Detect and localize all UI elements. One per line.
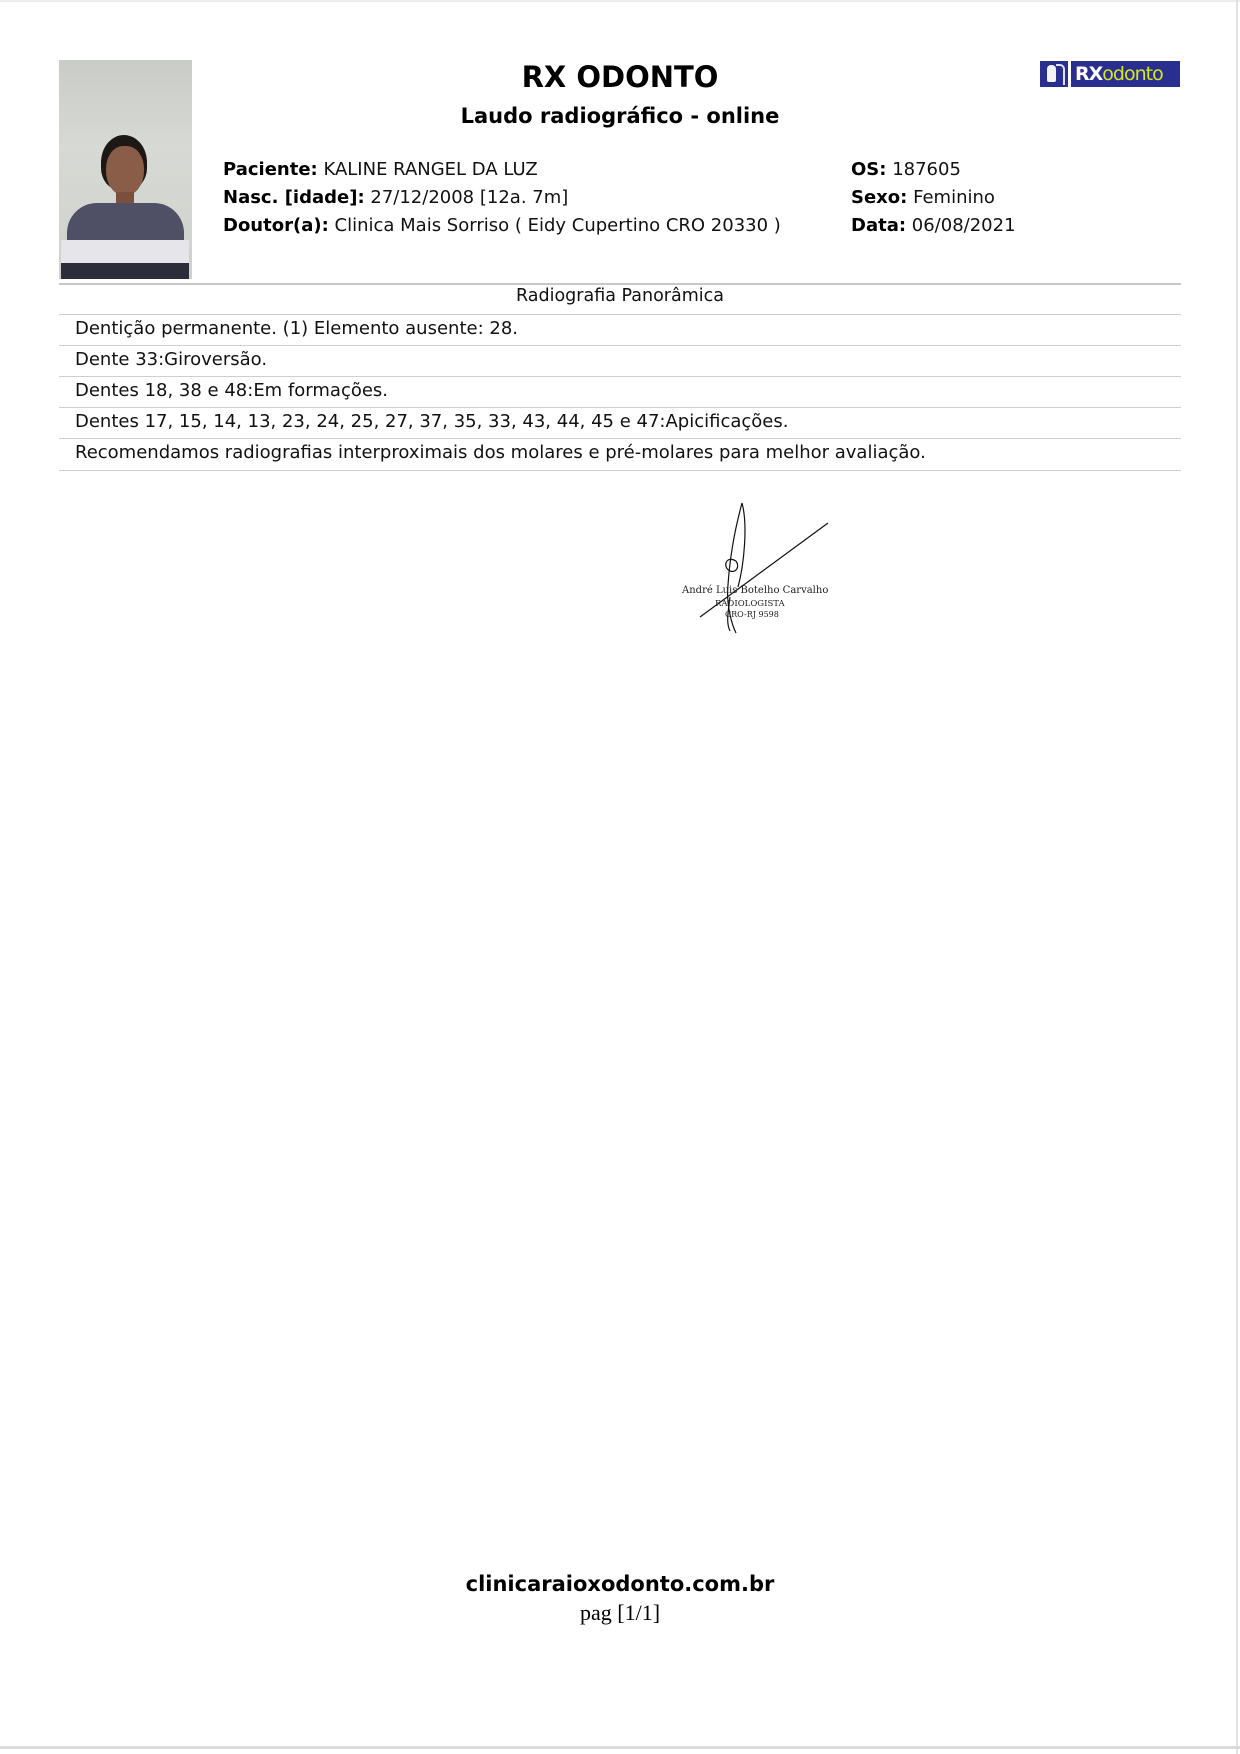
radiologist-signature: André Luis Botelho Carvalho RADIOLOGISTA… [670,495,840,635]
signature-registration: CRO-RJ 9598 [725,610,779,619]
finding-item: Dentes 17, 15, 14, 13, 23, 24, 25, 27, 3… [75,411,788,432]
finding-item: Dentição permanente. (1) Elemento ausent… [75,318,518,339]
patient-name: KALINE RANGEL DA LUZ [323,159,537,180]
divider [59,407,1181,408]
exam-type-heading: Radiografia Panorâmica [59,286,1181,306]
os-number: 187605 [892,159,961,180]
rx-odonto-logo: RXodonto [1040,61,1180,87]
page-number: pag [1/1] [0,1600,1240,1626]
page-edge-top [0,0,1240,2]
photo-face [106,146,144,196]
photo-sweater [67,203,184,243]
footer-website: clinicaraioxodonto.com.br [0,1572,1240,1596]
page-edge-bottom [0,1746,1240,1749]
sex-label: Sexo: [851,187,907,208]
patient-birth-row: Nasc. [idade]: 27/12/2008 [12a. 7m] [223,184,781,212]
finding-item: Dentes 18, 38 e 48:Em formações. [75,380,388,401]
patient-birth-label: Nasc. [idade]: [223,187,365,208]
divider [59,314,1181,315]
finding-item: Recomendamos radiografias interproximais… [75,442,926,463]
logo-text-odonto: odonto [1102,63,1162,85]
doctor-label: Doutor(a): [223,215,329,236]
finding-item: Dente 33:Giroversão. [75,349,267,370]
divider [59,438,1181,439]
divider [59,283,1181,285]
logo-text-rx: RX [1075,63,1102,85]
divider [59,376,1181,377]
order-info: OS: 187605 Sexo: Feminino Data: 06/08/20… [851,156,1016,240]
patient-birth: 27/12/2008 [12a. 7m] [370,187,568,208]
sex-row: Sexo: Feminino [851,184,1016,212]
signature-role: RADIOLOGISTA [715,599,785,609]
logo-wordmark: RXodonto [1071,61,1180,87]
doctor-name: Clinica Mais Sorriso ( Eidy Cupertino CR… [335,215,781,236]
tooth-icon [1040,61,1068,87]
doctor-row: Doutor(a): Clinica Mais Sorriso ( Eidy C… [223,212,781,240]
report-subtitle: Laudo radiográfico - online [0,104,1240,128]
signature-name: André Luis Botelho Carvalho [681,585,828,596]
divider [59,470,1181,471]
patient-info: Paciente: KALINE RANGEL DA LUZ Nasc. [id… [223,156,781,240]
patient-name-label: Paciente: [223,159,318,180]
os-row: OS: 187605 [851,156,1016,184]
photo-sweater-hem [61,263,189,279]
page-edge-right [1236,0,1238,1754]
os-label: OS: [851,159,886,180]
sex-value: Feminino [913,187,995,208]
photo-sweater-stripe [61,240,189,265]
divider [59,345,1181,346]
date-value: 06/08/2021 [912,215,1016,236]
patient-name-row: Paciente: KALINE RANGEL DA LUZ [223,156,781,184]
date-label: Data: [851,215,906,236]
date-row: Data: 06/08/2021 [851,212,1016,240]
